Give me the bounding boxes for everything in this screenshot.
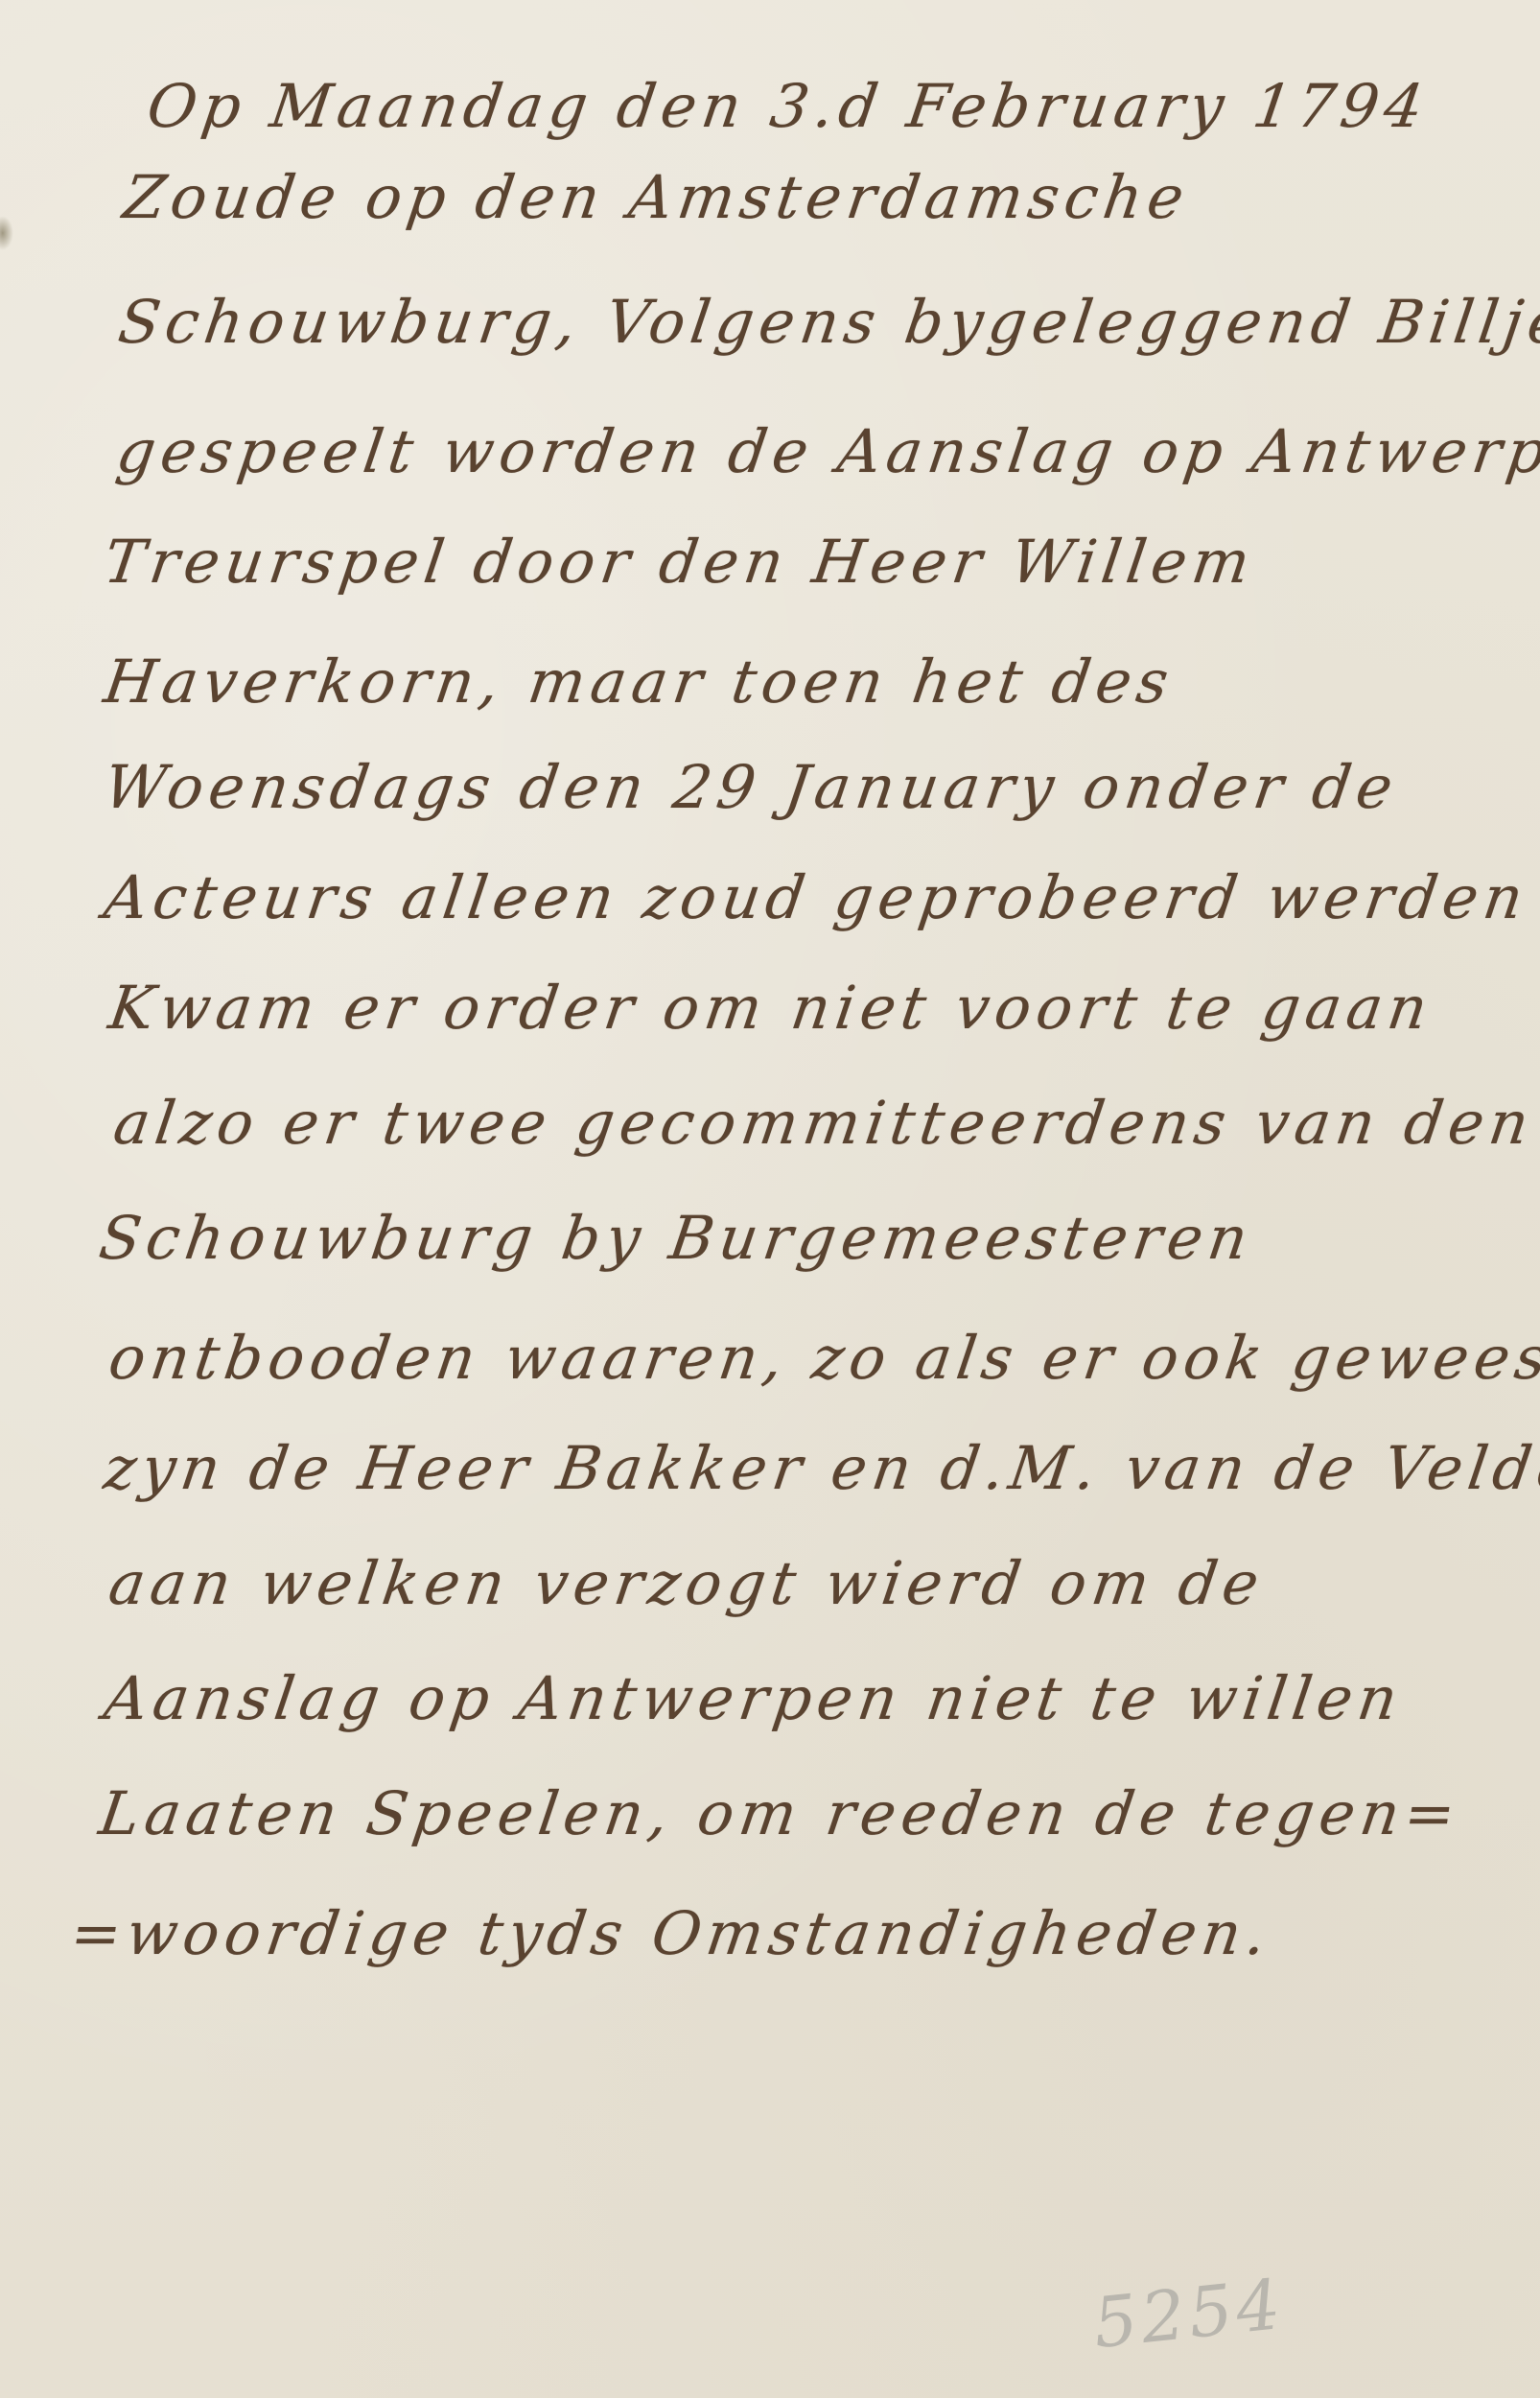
manuscript-line-17: =woordige tyds Omstandigheden.	[67, 1904, 1275, 1963]
manuscript-line-3: Schouwburg, Volgens bygeleggend Billjet	[115, 293, 1540, 352]
manuscript-line-7: Woensdags den 29 January onder de	[101, 758, 1402, 817]
manuscript-line-2: Zoude op den Amsterdamsche	[120, 168, 1193, 227]
manuscript-line-10: alzo er twee gecommitteerdens van den	[110, 1093, 1538, 1153]
manuscript-line-8: Acteurs alleen zoud geprobeerd werden	[101, 868, 1532, 928]
manuscript-line-16: Laaten Speelen, om reeden de tegen=	[96, 1784, 1464, 1844]
manuscript-line-11: Schouwburg by Burgemeesteren	[96, 1209, 1257, 1268]
manuscript-line-12: ontbooden waaren, zo als er ook geweest	[105, 1328, 1540, 1388]
manuscript-line-5: Treurspel door den Heer Willem	[101, 532, 1259, 592]
manuscript-line-6: Haverkorn, maar toen het des	[101, 652, 1178, 712]
manuscript-line-14: aan welken verzogt wierd om de	[105, 1554, 1268, 1613]
manuscript-line-9: Kwam er order om niet voort te gaan	[105, 978, 1436, 1038]
manuscript-text-block: Op Maandag den 3.d February 1794 Zoude o…	[0, 0, 1540, 2398]
manuscript-line-4: gespeelt worden de Aanslag op Antwerpen	[113, 422, 1540, 482]
manuscript-line-15: Aanslag op Antwerpen niet te willen	[101, 1669, 1407, 1728]
manuscript-line-13: zyn de Heer Bakker en d.M. van de Velde	[101, 1439, 1540, 1498]
manuscript-page: Op Maandag den 3.d February 1794 Zoude o…	[0, 0, 1540, 2398]
manuscript-line-1: Op Maandag den 3.d February 1794	[144, 77, 1433, 136]
